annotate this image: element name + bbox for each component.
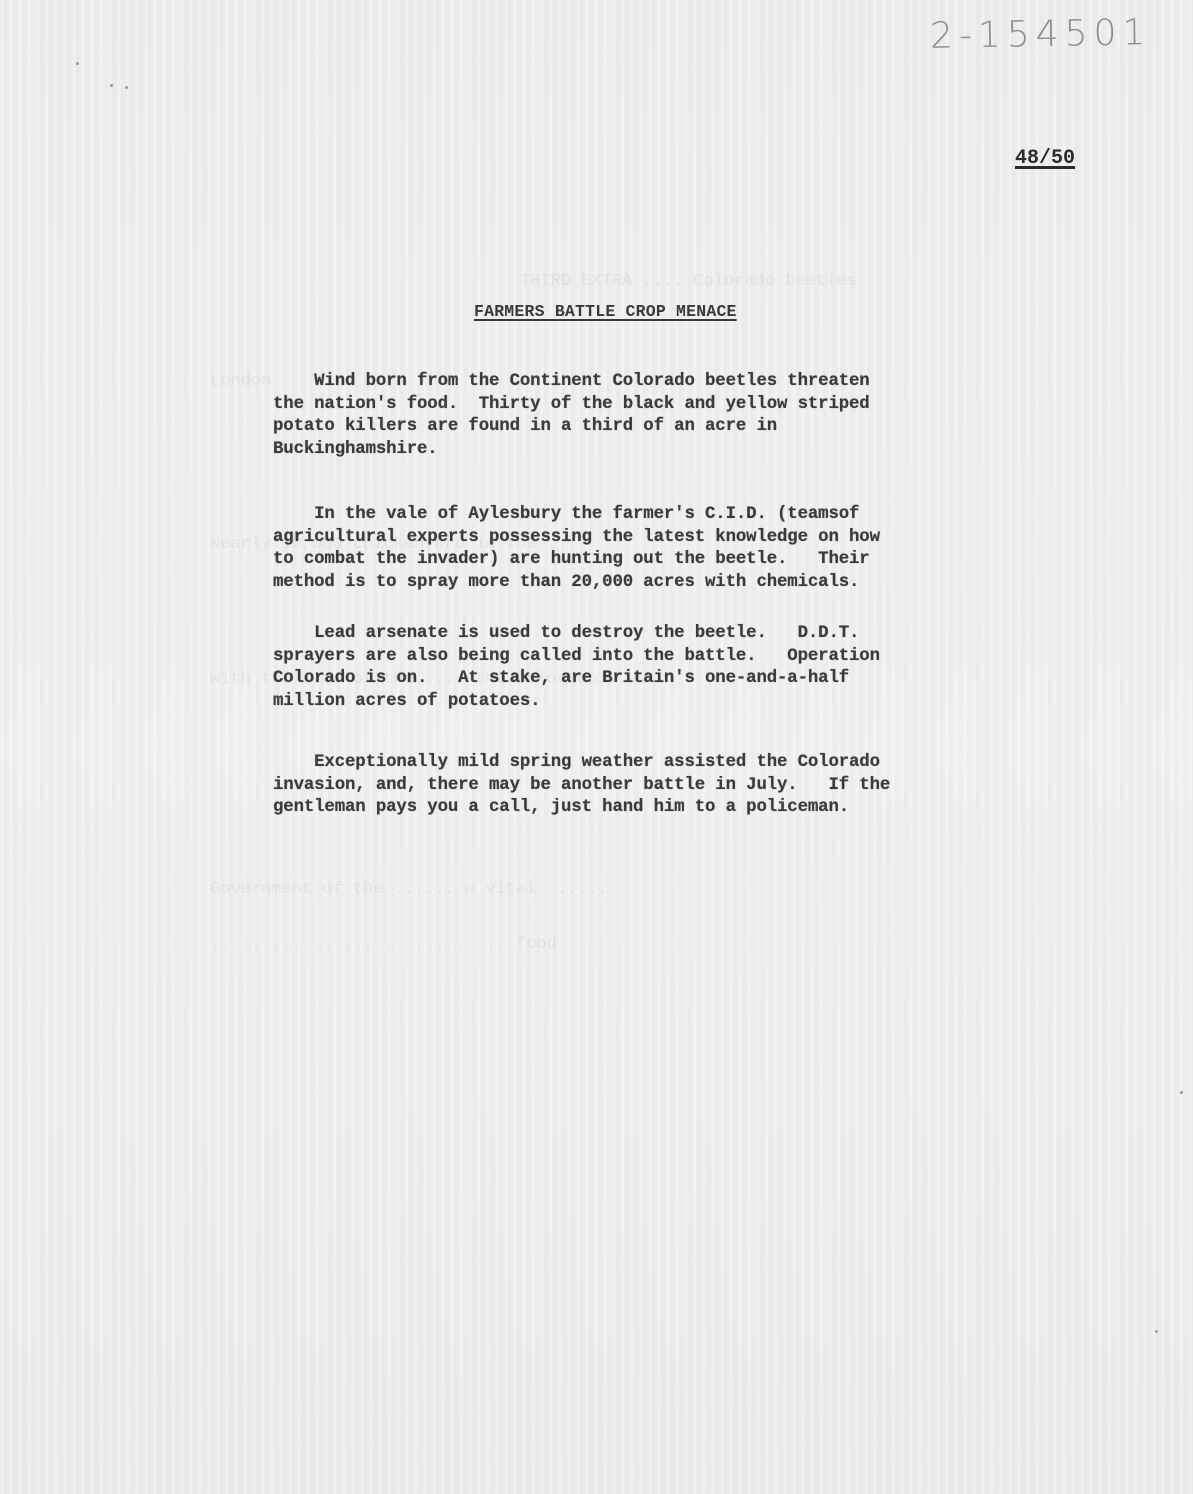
paragraph-line: Exceptionally mild spring weather assist… [273,753,880,772]
paragraph-line: Buckinghamshire. [273,440,438,459]
bleed-through-text: ......... ......... ......... food [210,935,557,954]
paragraph-line: agricultural experts possessing the late… [273,528,880,547]
paragraph-line: sprayers are also being called into the … [273,647,880,666]
paragraph-line: Colorado is on. At stake, are Britain's … [273,669,849,688]
paragraph-3: Lead arsenate is used to destroy the bee… [273,623,1033,713]
paragraph-2: In the vale of Aylesbury the farmer's C.… [273,504,1033,594]
paper-speck [125,86,128,89]
page-number: 48/50 [1015,147,1075,170]
paragraph-line: the nation's food. Thirty of the black a… [273,395,870,414]
paragraph-line: million acres of potatoes. [273,692,540,711]
handwritten-reference-number: 2-154501 [930,12,1152,57]
bleed-through-text: THIRD EXTRA .... Colorado beetles [520,272,857,291]
paragraph-line: gentleman pays you a call, just hand him… [273,798,849,817]
paper-speck [1180,1091,1183,1094]
paragraph-line: invasion, and, there may be another batt… [273,776,890,795]
paragraph-1: Wind born from the Continent Colorado be… [273,371,1033,461]
paragraph-line: Lead arsenate is used to destroy the bee… [273,624,859,643]
paragraph-line: potato killers are found in a third of a… [273,417,777,436]
paper-speck [1155,1330,1158,1333]
paragraph-line: method is to spray more than 20,000 acre… [273,573,859,592]
paper-speck [76,62,79,65]
paragraph-line: In the vale of Aylesbury the farmer's C.… [273,505,859,524]
paper-speck [110,84,113,87]
document-title: FARMERS BATTLE CROP MENACE [474,302,737,321]
document-page: THIRD EXTRA .... Colorado beetles London… [0,0,1193,1494]
paragraph-line: Wind born from the Continent Colorado be… [273,372,870,391]
bleed-through-text: London [210,372,271,391]
bleed-through-text: Government of the ...... a vital ...... [210,880,608,899]
paragraph-4: Exceptionally mild spring weather assist… [273,752,1033,820]
paragraph-line: to combat the invader) are hunting out t… [273,550,870,569]
